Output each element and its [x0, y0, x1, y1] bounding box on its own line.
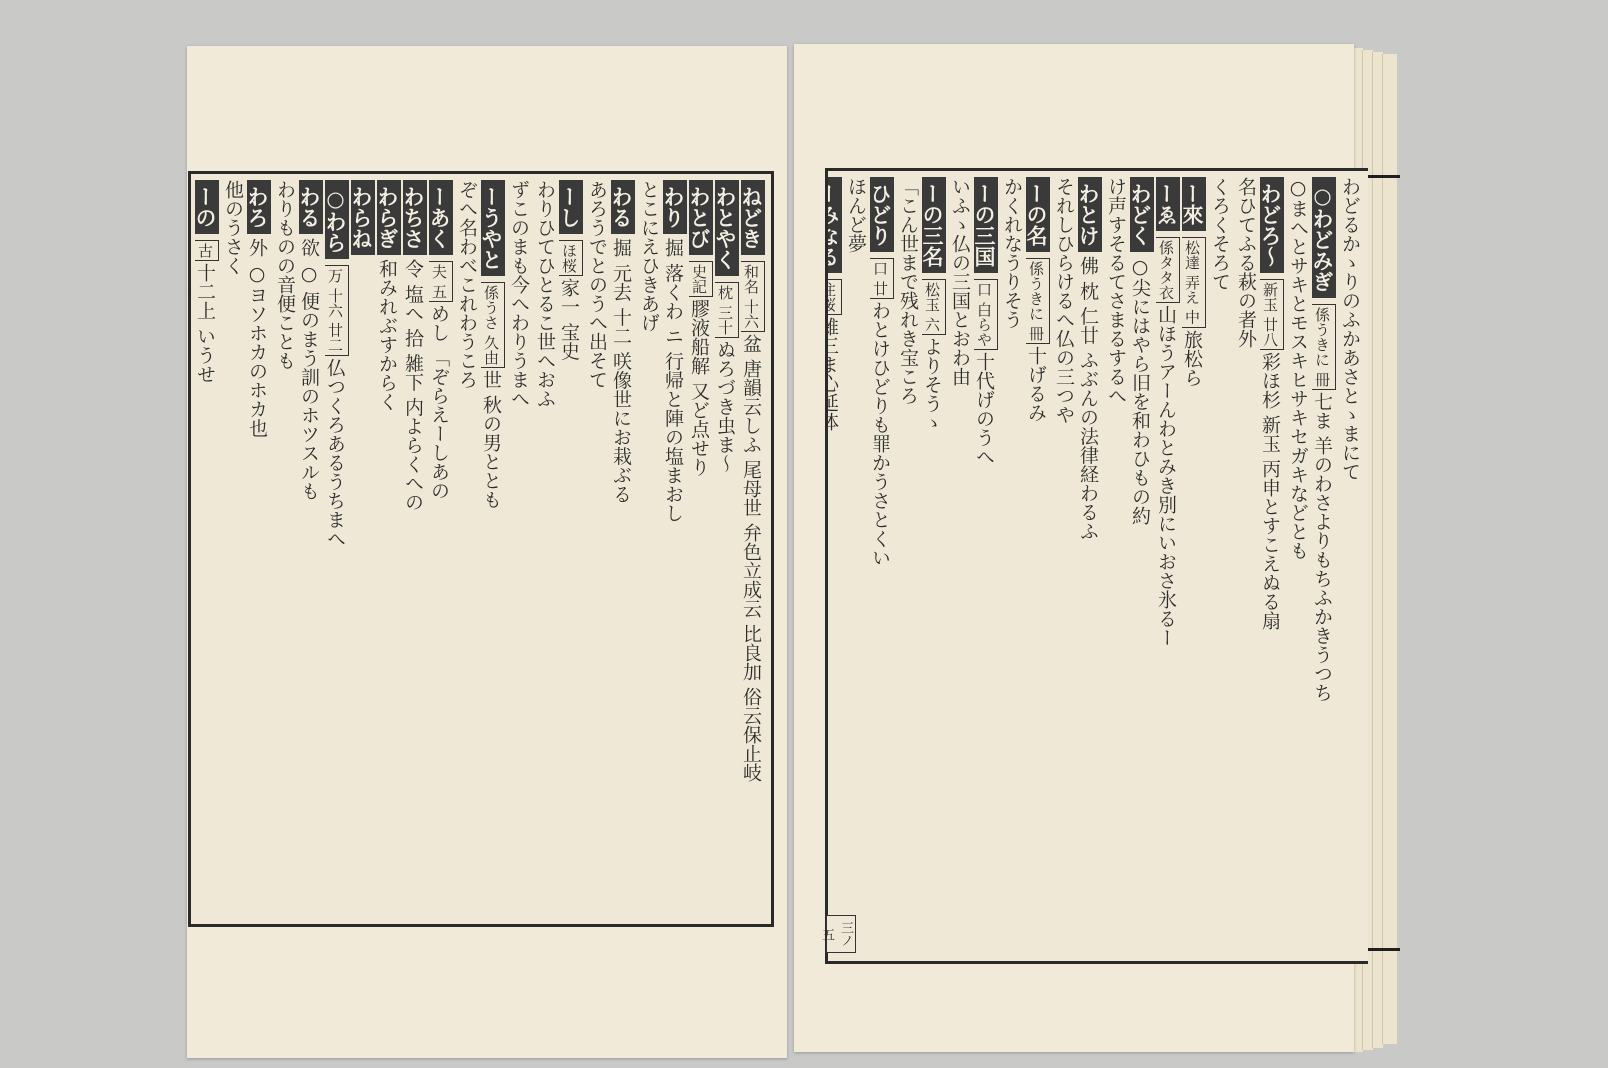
entry-text: 掘 落くわ ニ 行帰と陣の塩まおし [663, 238, 684, 522]
entry-text: 家一 宝史 [559, 278, 580, 360]
headword-block: ーみなる [825, 177, 842, 273]
headword-block: わとやく [715, 180, 739, 276]
source-reference: 係うきに 冊 [1026, 258, 1050, 344]
text-column: わとやく枕 三十ぬろづき虫ま～ [715, 180, 739, 918]
entry-text: 世 秋の男ととも [481, 370, 502, 509]
entry-text: 盆 唐韻云しふ 尾母世 弁色立成云 比良加 俗云保止岐 [741, 334, 762, 782]
text-column: ーしほ桜家一 宝史 [559, 180, 583, 918]
headword-block: わとけ [1078, 177, 1102, 252]
entry-text: ぞへ名わべこれわうころ [456, 180, 478, 389]
entry-text: 外 ○ヨソホカのホカ也 [247, 238, 268, 437]
entry-text: ほんど夢 [845, 177, 867, 253]
entry-text: 膠液船解 又ど点せり [689, 299, 710, 476]
text-column: ずこのまも今へわりうまへ [507, 180, 531, 918]
entry-text: 令 塩へ 拾 雑下 内よらくへの [403, 259, 424, 511]
right-page-columns: わどるかゝりのふかあさとゝまにて○わどみぎ係うきに 冊七ま 羊のわさよりもちふか… [834, 177, 1362, 955]
text-column: わらぎ和みれぶすからく [377, 180, 401, 918]
entry-text: ○尖にはやら旧を和わひもの約 [1130, 256, 1151, 525]
entry-text: け声すそるてさまるするへ [1105, 177, 1127, 405]
headword-block: ーの [195, 180, 219, 234]
text-column: ーの名係うきに 冊十げるみ [1026, 177, 1050, 955]
source-reference: 係タタ衣 [1156, 237, 1180, 303]
text-column: ねどき和名 十六盆 唐韻云しふ 尾母世 弁色立成云 比良加 俗云保止岐 [741, 180, 765, 918]
text-column: ーの古十二上 いうせ [195, 180, 219, 918]
text-column: さうろひの家る [188, 180, 193, 918]
entry-text: 彩ほ杉 新玉 丙申とすこえぬる扇 [1260, 352, 1281, 630]
entry-text: 山ほうアーんわとみき別にいおさ氷るー [1156, 305, 1177, 647]
text-column: わどるかゝりのふかあさとゝまにて [1338, 177, 1362, 955]
text-column: わどく○尖にはやら旧を和わひもの約 [1130, 177, 1154, 955]
headword-block: ○わどみぎ [1312, 177, 1336, 298]
text-column: わり掘 落くわ ニ 行帰と陣の塩まおし [663, 180, 687, 918]
entry-text: 他のうさく [222, 180, 244, 275]
entry-text: 十げるみ [1026, 346, 1047, 422]
text-column: わどろ～新玉 廿八彩ほ杉 新玉 丙申とすこえぬる扇 [1260, 177, 1284, 955]
binding-line-bottom [1365, 948, 1400, 951]
headword-block: わらぎ [377, 180, 401, 255]
entry-text: いふゝ仏の三国とおわ由 [949, 177, 971, 386]
text-column: わる欲 ○ 便のまう訓のホツスルも [299, 180, 323, 918]
text-column: わらね [351, 180, 375, 918]
text-column: わろ外 ○ヨソホカのホカ也 [247, 180, 271, 918]
source-reference: 古 [195, 240, 219, 261]
text-column: け声すそるてさまるするへ [1104, 177, 1128, 955]
text-column: 他のうさく [221, 180, 245, 918]
headword-block: ーうやと [481, 180, 505, 276]
entry-text: ○まへとサキとモスキヒサキセガキなどとも [1287, 177, 1309, 560]
headword-block: ねどき [741, 180, 765, 255]
entry-text: ずこのまも今へわりうまへ [508, 180, 530, 408]
headword-block: わどろ～ [1260, 177, 1284, 273]
text-column: ーゑ係タタ衣山ほうアーんわとみき別にいおさ氷るー [1156, 177, 1180, 955]
headword-block: ーし [559, 180, 583, 234]
headword-block: ○わら [325, 180, 349, 259]
entry-text: よりそうゝ [922, 337, 943, 432]
entry-text: 仏つくろあるうちまへ [325, 358, 346, 548]
entry-text: わどるかゝりのふかあさとゝまにて [1339, 177, 1361, 481]
headword-block: ーの三名 [922, 177, 946, 273]
headword-block: わる [611, 180, 635, 234]
left-page-text-frame: ねどき和名 十六盆 唐韻云しふ 尾母世 弁色立成云 比良加 俗云保止岐わとやく枕… [188, 171, 774, 927]
headword-block: ーの三国 [974, 177, 998, 273]
headword-block: わどく [1130, 177, 1154, 252]
entry-text: 欲 ○ 便のまう訓のホツスルも [299, 238, 320, 500]
source-reference: 夫 五 [429, 261, 453, 302]
text-column: ぞへ名わべこれわうころ [455, 180, 479, 918]
source-reference: 松玉 六 [922, 279, 946, 335]
entry-text: わとけひどりも罪かうさとくい [870, 301, 891, 567]
headword-block: ー來 [1182, 177, 1206, 231]
text-column: わとび史記膠液船解 又ど点せり [689, 180, 713, 918]
source-reference: 松達 弄え 中 [1182, 237, 1206, 328]
text-column: いふゝ仏の三国とおわ由 [948, 177, 972, 955]
source-reference: 和名 十六 [741, 261, 765, 332]
text-column: ー來松達 弄え 中旅松ら [1182, 177, 1206, 955]
text-column: ーの三国口 白らや十代げのうへ [974, 177, 998, 955]
source-reference: 新玉 廿八 [1260, 279, 1284, 350]
text-column: わとけ佛 枕 仁廿 ふぶんの法律経わるふ [1078, 177, 1102, 955]
entry-text: 七ま 羊のわさよりもちふかきうつち [1312, 392, 1333, 702]
text-column: かくれなうりそう [1000, 177, 1024, 955]
source-reference: 万 十六 廿二 [325, 265, 349, 356]
entry-text: とこにえひきあげ [638, 180, 660, 332]
entry-text: わりものの音便ことも [274, 180, 296, 370]
entry-text: 雑三ま心延体 [825, 317, 839, 431]
text-column: わる掘 元去 十二 咲像世にお栽ぶる [611, 180, 635, 918]
source-reference: 枕 三十 [715, 282, 739, 338]
text-column: ひどり口 廿わとけひどりも罪かうさとくい [870, 177, 894, 955]
text-column: 「こん世まで残れき宝ころ [896, 177, 920, 955]
right-page-text-frame: わどるかゝりのふかあさとゝまにて○わどみぎ係うきに 冊七ま 羊のわさよりもちふか… [825, 168, 1368, 964]
page-number: 三ノ五 [826, 915, 856, 953]
source-reference: 住桜 [825, 279, 842, 315]
headword-block: ーの名 [1026, 177, 1050, 252]
text-column: それしひらけるへ仏の三つや [1052, 177, 1076, 955]
entry-text: 和みれぶすからく [377, 259, 398, 411]
entry-text: 掘 元去 十二 咲像世にお栽ぶる [611, 238, 632, 503]
entry-text: めし 「ぞらえーしあの [429, 304, 450, 500]
entry-text: さうろひの家る [188, 180, 192, 313]
text-column: とこにえひきあげ [637, 180, 661, 918]
entry-text: かくれなうりそう [1001, 177, 1023, 329]
text-column: ーの三名松玉 六よりそうゝ [922, 177, 946, 955]
source-reference: 口 白らや [974, 279, 998, 350]
entry-text: 十代げのうへ [974, 352, 995, 466]
entry-text: ぬろづき虫ま～ [715, 340, 736, 473]
source-reference: 口 廿 [870, 258, 894, 299]
headword-block: ーゑ [1156, 177, 1180, 231]
source-reference: ほ桜 [559, 240, 583, 276]
text-column: ○わら万 十六 廿二仏つくろあるうちまへ [325, 180, 349, 918]
entry-text: わりひてひとるこ世へおふ [534, 180, 556, 408]
headword-block: わらね [351, 180, 375, 255]
binding-line-top [1365, 175, 1400, 178]
text-column: あろうでとのうへ出そて [585, 180, 609, 918]
text-column: ーあく夫 五めし 「ぞらえーしあの [429, 180, 453, 918]
headword-block: ひどり [870, 177, 894, 252]
headword-block: わとび [689, 180, 713, 255]
headword-block: わちさ [403, 180, 427, 255]
page-edge-4 [1382, 54, 1397, 1044]
text-column: 名ひてふる萩の者外 [1234, 177, 1258, 955]
left-page-columns: ねどき和名 十六盆 唐韻云しふ 尾母世 弁色立成云 比良加 俗云保止岐わとやく枕… [197, 180, 765, 918]
headword-block: わろ [247, 180, 271, 234]
entry-text: あろうでとのうへ出そて [586, 180, 608, 389]
text-column: くろくそろて [1208, 177, 1232, 955]
text-column: ○まへとサキとモスキヒサキセガキなどとも [1286, 177, 1310, 955]
text-column: ーうやと係うさ 久由世 秋の男ととも [481, 180, 505, 918]
text-column: わりひてひとるこ世へおふ [533, 180, 557, 918]
source-reference: 係うさ 久由 [481, 282, 505, 368]
entry-text: 名ひてふる萩の者外 [1235, 177, 1257, 348]
headword-block: わり [663, 180, 687, 234]
source-reference: 史記 [689, 261, 713, 297]
headword-block: わる [299, 180, 323, 234]
entry-text: 十二上 いうせ [195, 263, 216, 383]
text-column: ーみなる住桜雑三ま心延体 [825, 177, 842, 955]
text-column: ○わどみぎ係うきに 冊七ま 羊のわさよりもちふかきうつち [1312, 177, 1336, 955]
text-column: ほんど夢 [844, 177, 868, 955]
entry-text: 佛 枕 仁廿 ふぶんの法律経わるふ [1078, 256, 1099, 540]
headword-block: ーあく [429, 180, 453, 255]
entry-text: くろくそろて [1209, 177, 1231, 291]
entry-text: それしひらけるへ仏の三つや [1053, 177, 1075, 424]
entry-text: 旅松ら [1182, 330, 1203, 387]
entry-text: 「こん世まで残れき宝ころ [897, 177, 919, 405]
text-column: わりものの音便ことも [273, 180, 297, 918]
source-reference: 係うきに 冊 [1312, 304, 1336, 390]
text-column: わちさ令 塩へ 拾 雑下 内よらくへの [403, 180, 427, 918]
